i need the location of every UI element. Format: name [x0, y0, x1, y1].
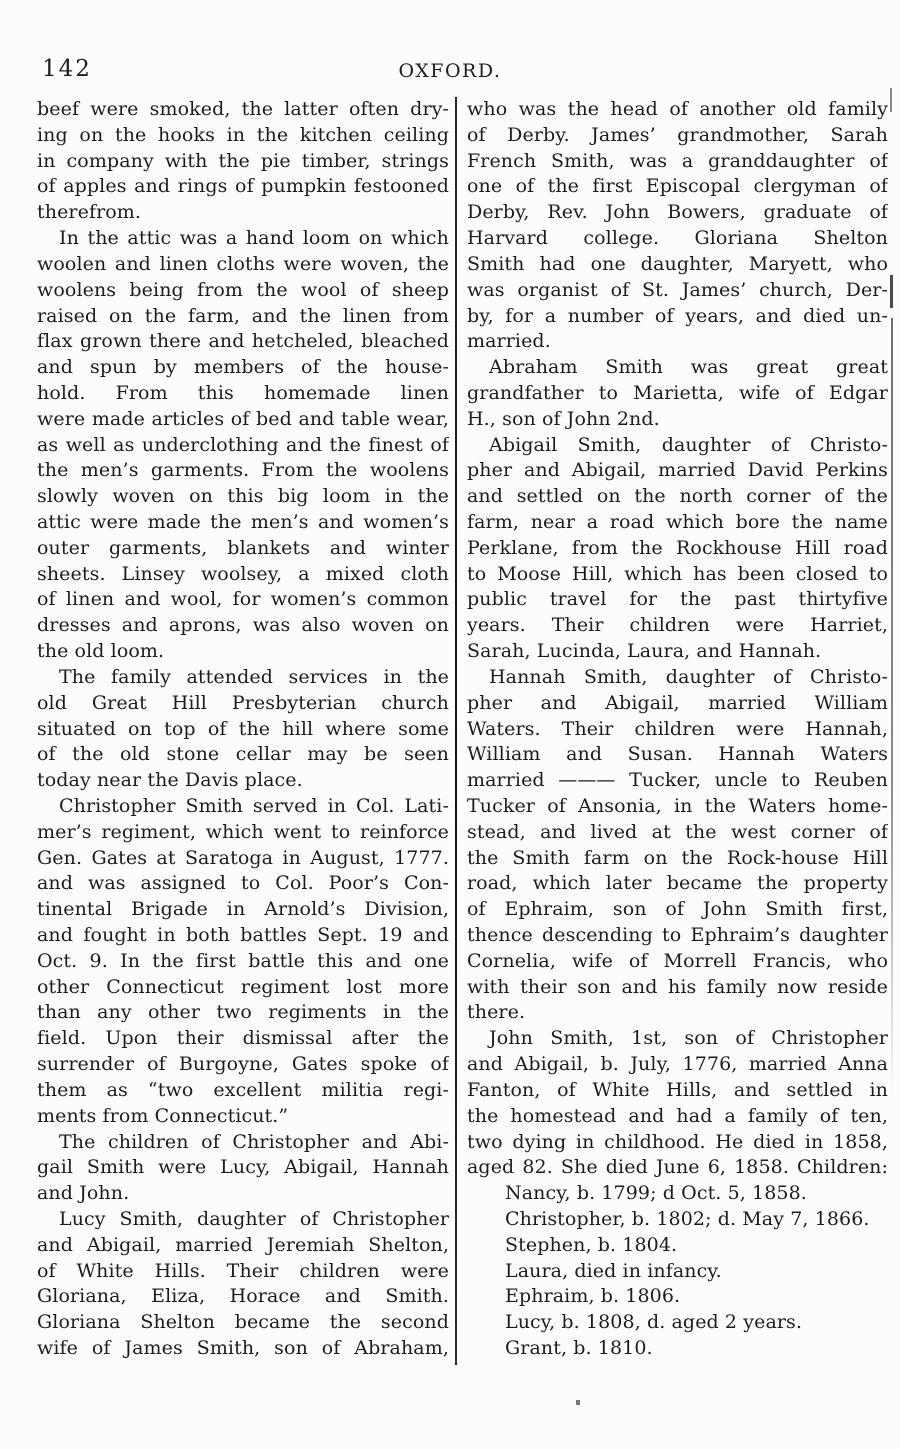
text-line: married. [467, 329, 888, 355]
text-line: the men’s garments. From the woolens [37, 458, 449, 484]
text-line: French Smith, was a granddaughter of [467, 149, 888, 175]
text-line: Ephraim, b. 1806. [467, 1284, 888, 1310]
text-line: John Smith, 1st, son of Christopher [467, 1026, 888, 1052]
text-line: one of the first Episcopal clergyman of [467, 174, 888, 200]
text-line: of linen and wool, for women’s common [37, 587, 449, 613]
text-line: today near the Davis place. [37, 768, 449, 794]
text-line: wife of James Smith, son of Abraham, [37, 1336, 449, 1362]
text-line: woolen and linen cloths were woven, the [37, 252, 449, 278]
paragraph: The children of Christopher and Abi-gail… [37, 1130, 449, 1207]
text-line: Gloriana, Eliza, Horace and Smith. [37, 1284, 449, 1310]
scan-speck-artifact [576, 1400, 580, 1405]
text-line: farm, near a road which bore the name [467, 510, 888, 536]
text-line: ments from Connecticut.” [37, 1104, 449, 1130]
text-line: the old loom. [37, 639, 449, 665]
text-line: raised on the farm, and the linen from [37, 304, 449, 330]
text-line: flax grown there and hetcheled, bleached [37, 329, 449, 355]
book-page: 142 OXFORD. beef were smoked, the latter… [0, 0, 900, 1449]
text-line: slowly woven on this big loom in the [37, 484, 449, 510]
paragraph: Abraham Smith was great greatgrandfather… [467, 355, 888, 432]
text-line: married ——— Tucker, uncle to Reuben [467, 768, 888, 794]
text-line: public travel for the past thirtyfive [467, 587, 888, 613]
paragraph: beef were smoked, the latter often dry-i… [37, 97, 449, 226]
text-line: two dying in childhood. He died in 1858, [467, 1130, 888, 1156]
text-line: of the old stone cellar may be seen [37, 742, 449, 768]
text-line: than any other two regiments in the [37, 1000, 449, 1026]
text-line: Lucy, b. 1808, d. aged 2 years. [467, 1310, 888, 1336]
text-line: Smith had one daughter, Maryett, who [467, 252, 888, 278]
text-line: Perklane, from the Rockhouse Hill road [467, 536, 888, 562]
text-line: hold. From this homemade linen [37, 381, 449, 407]
text-line: stead, and lived at the west corner of [467, 820, 888, 846]
children-list: Nancy, b. 1799; d Oct. 5, 1858.Christoph… [467, 1181, 888, 1362]
text-line: grandfather to Marietta, wife of Edgar [467, 381, 888, 407]
text-line: situated on top of the hill where some [37, 717, 449, 743]
text-line: Waters. Their children were Hannah, [467, 717, 888, 743]
text-line: road, which later became the property [467, 871, 888, 897]
text-line: as well as underclothing and the finest … [37, 433, 449, 459]
text-line: years. Their children were Harriet, [467, 613, 888, 639]
scan-edge-artifact [890, 275, 893, 308]
text-line: ing on the hooks in the kitchen ceiling [37, 123, 449, 149]
text-line: field. Upon their dismissal after the [37, 1026, 449, 1052]
text-line: and Abigail, married Jeremiah Shelton, [37, 1233, 449, 1259]
text-line: Abraham Smith was great great [467, 355, 888, 381]
text-line: there. [467, 1000, 888, 1026]
text-line: Nancy, b. 1799; d Oct. 5, 1858. [467, 1181, 888, 1207]
paragraph: Hannah Smith, daughter of Christo-pher a… [467, 665, 888, 1026]
paragraph: The family attended services in theold G… [37, 665, 449, 794]
paragraph: Abigail Smith, daughter of Christo-pher … [467, 433, 888, 665]
text-line: Sarah, Lucinda, Laura, and Hannah. [467, 639, 888, 665]
scan-edge-artifact [890, 88, 892, 112]
text-line: The children of Christopher and Abi- [37, 1130, 449, 1156]
text-line: gail Smith were Lucy, Abigail, Hannah [37, 1155, 449, 1181]
text-line: In the attic was a hand loom on which [37, 226, 449, 252]
text-line: Abigail Smith, daughter of Christo- [467, 433, 888, 459]
text-line: Oct. 9. In the first battle this and one [37, 949, 449, 975]
text-line: Cornelia, wife of Morrell Francis, who [467, 949, 888, 975]
paragraph: who was the head of another old familyof… [467, 97, 888, 355]
text-line: the homestead and had a family of ten, [467, 1104, 888, 1130]
text-line: woolens being from the wool of sheep [37, 278, 449, 304]
text-line: Tucker of Ansonia, in the Waters home- [467, 794, 888, 820]
paragraph: John Smith, 1st, son of Christopherand A… [467, 1026, 888, 1181]
text-line: surrender of Burgoyne, Gates spoke of [37, 1052, 449, 1078]
text-line: to Moose Hill, which has been closed to [467, 562, 888, 588]
text-line: and spun by members of the house- [37, 355, 449, 381]
text-line: and Abigail, b. July, 1776, married Anna [467, 1052, 888, 1078]
text-line: was organist of St. James’ church, Der- [467, 278, 888, 304]
text-line: of Ephraim, son of John Smith first, [467, 897, 888, 923]
text-line: and John. [37, 1181, 449, 1207]
text-line: Laura, died in infancy. [467, 1259, 888, 1285]
text-line: Grant, b. 1810. [467, 1336, 888, 1362]
text-line: of apples and rings of pumpkin festooned [37, 174, 449, 200]
text-line: in company with the pie timber, strings [37, 149, 449, 175]
text-line: other Connecticut regiment lost more [37, 975, 449, 1001]
column-divider-rule [455, 97, 457, 1365]
paragraph: In the attic was a hand loom on whichwoo… [37, 226, 449, 665]
text-line: of White Hills. Their children were [37, 1259, 449, 1285]
text-line: Lucy Smith, daughter of Christopher [37, 1207, 449, 1233]
text-line: them as “two excellent militia regi- [37, 1078, 449, 1104]
text-line: Derby, Rev. John Bowers, graduate of [467, 200, 888, 226]
text-line: Gen. Gates at Saratoga in August, 1777. [37, 846, 449, 872]
text-line: outer garments, blankets and winter [37, 536, 449, 562]
page-header-title: OXFORD. [0, 60, 900, 82]
text-line: and was assigned to Col. Poor’s Con- [37, 871, 449, 897]
text-line: of Derby. James’ grandmother, Sarah [467, 123, 888, 149]
text-line: Christopher Smith served in Col. Lati- [37, 794, 449, 820]
text-line: Harvard college. Gloriana Shelton [467, 226, 888, 252]
paragraph: Lucy Smith, daughter of Christopherand A… [37, 1207, 449, 1362]
text-line: who was the head of another old family [467, 97, 888, 123]
text-line: mer’s regiment, which went to reinforce [37, 820, 449, 846]
text-line: H., son of John 2nd. [467, 407, 888, 433]
text-line: thence descending to Ephraim’s daughter [467, 923, 888, 949]
text-line: were made articles of bed and table wear… [37, 407, 449, 433]
text-line: sheets. Linsey woolsey, a mixed cloth [37, 562, 449, 588]
text-line: dresses and aprons, was also woven on [37, 613, 449, 639]
text-line: Gloriana Shelton became the second [37, 1310, 449, 1336]
text-line: pher and Abigail, married William [467, 691, 888, 717]
text-line: by, for a number of years, and died un- [467, 304, 888, 330]
paragraph: Christopher Smith served in Col. Lati-me… [37, 794, 449, 1130]
scan-edge-artifact [891, 318, 893, 1098]
text-line: old Great Hill Presbyterian church [37, 691, 449, 717]
text-line: and fought in both battles Sept. 19 and [37, 923, 449, 949]
text-line: aged 82. She died June 6, 1858. Children… [467, 1155, 888, 1181]
text-line: tinental Brigade in Arnold’s Division, [37, 897, 449, 923]
column-right: who was the head of another old familyof… [467, 97, 888, 1362]
text-line: Fanton, of White Hills, and settled in [467, 1078, 888, 1104]
text-line: The family attended services in the [37, 665, 449, 691]
text-line: Hannah Smith, daughter of Christo- [467, 665, 888, 691]
text-line: pher and Abigail, married David Perkins [467, 458, 888, 484]
text-line: Stephen, b. 1804. [467, 1233, 888, 1259]
text-line: the Smith farm on the Rock-house Hill [467, 846, 888, 872]
text-line: attic were made the men’s and women’s [37, 510, 449, 536]
text-line: Christopher, b. 1802; d. May 7, 1866. [467, 1207, 888, 1233]
text-line: with their son and his family now reside [467, 975, 888, 1001]
text-line: and settled on the north corner of the [467, 484, 888, 510]
column-left: beef were smoked, the latter often dry-i… [37, 97, 449, 1362]
text-line: therefrom. [37, 200, 449, 226]
text-line: William and Susan. Hannah Waters [467, 742, 888, 768]
text-line: beef were smoked, the latter often dry- [37, 97, 449, 123]
